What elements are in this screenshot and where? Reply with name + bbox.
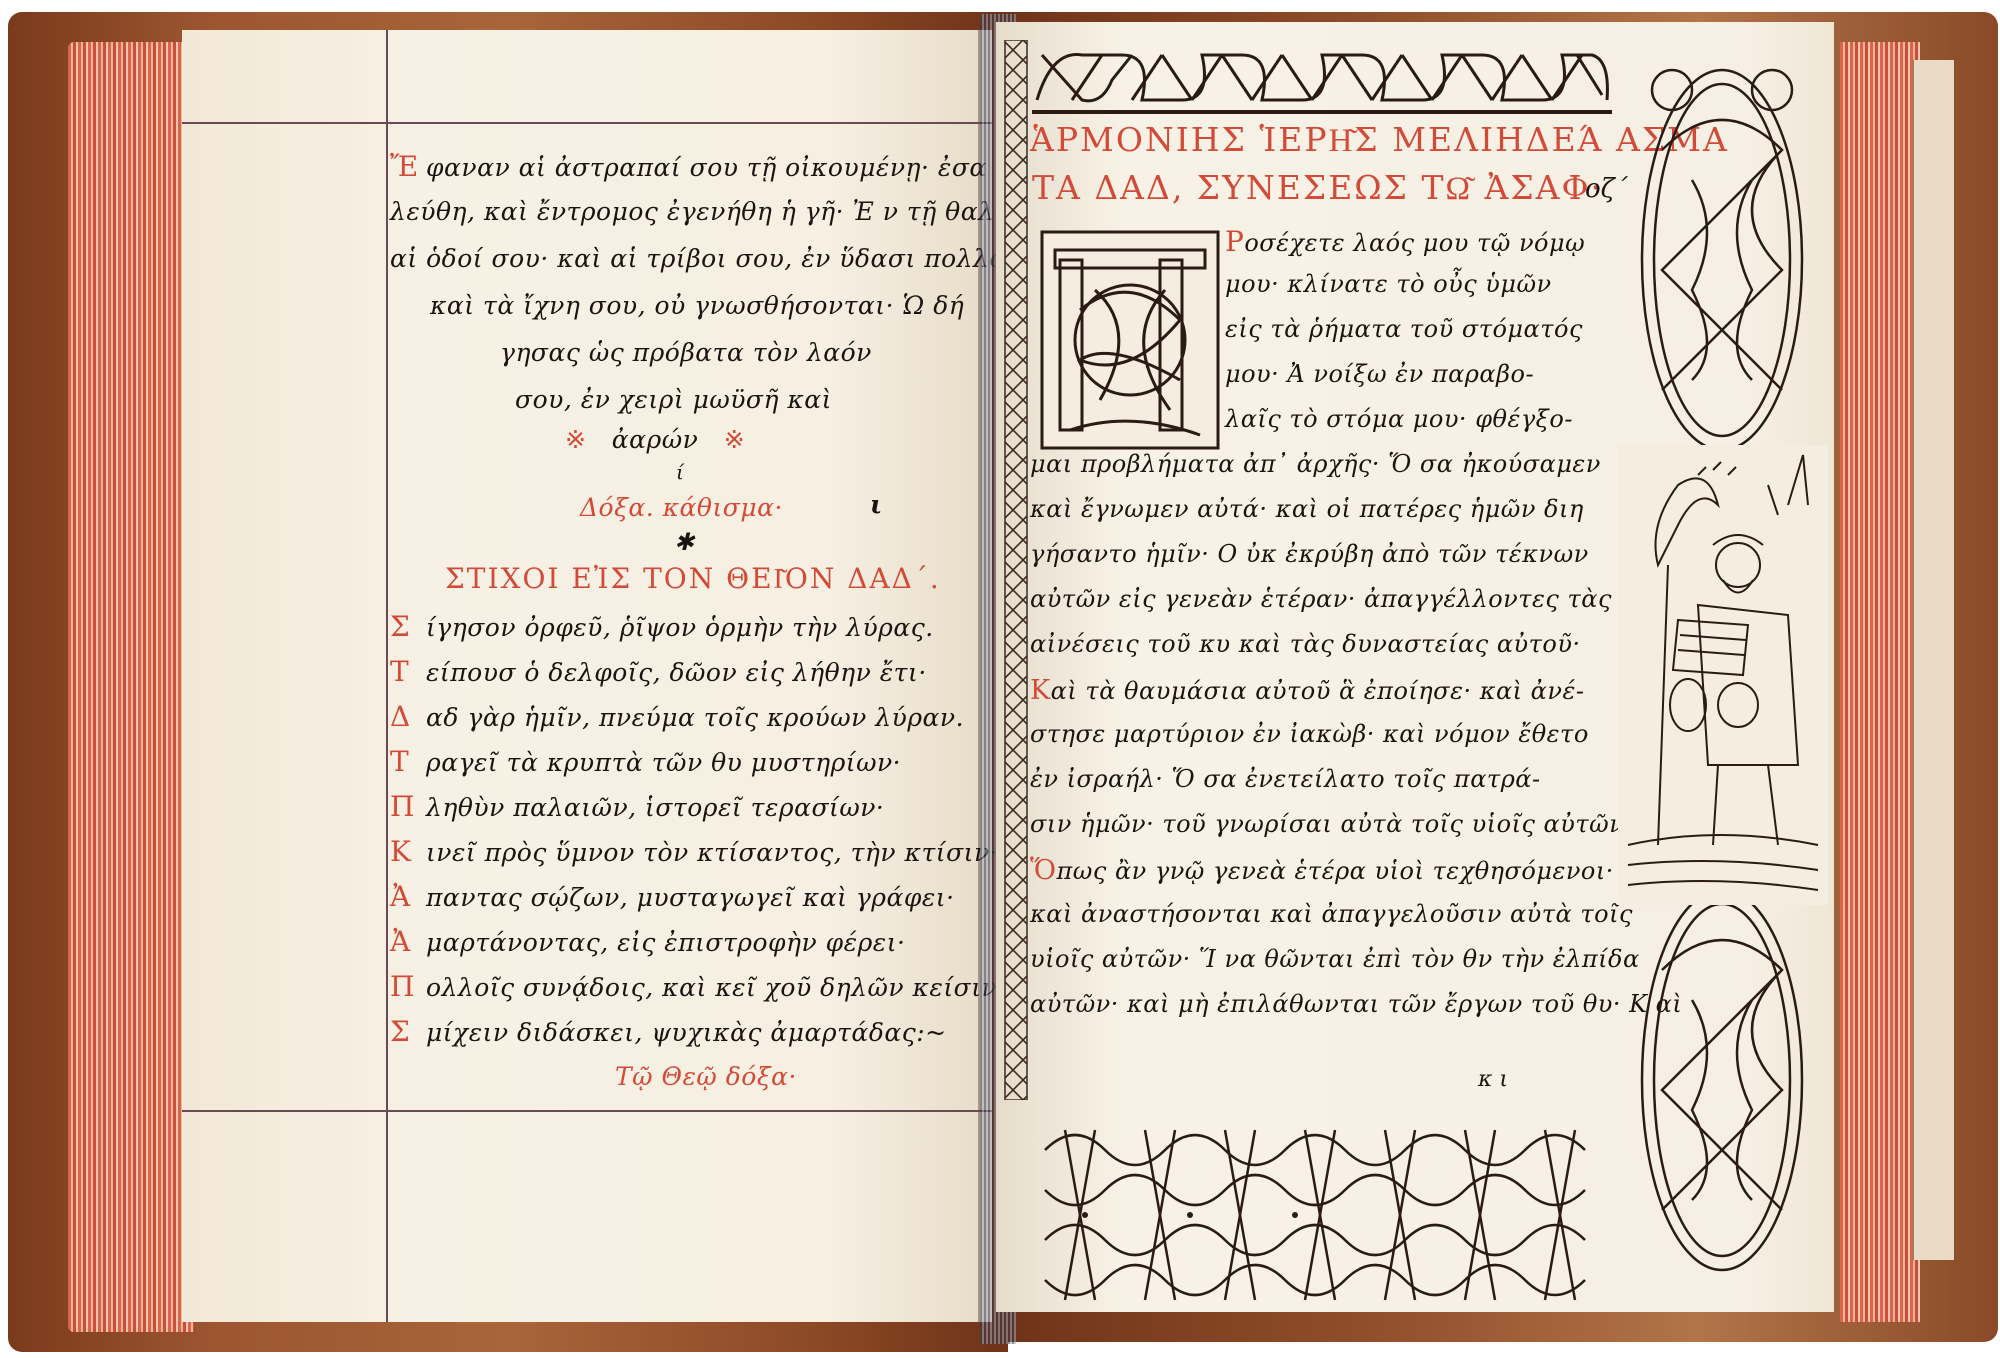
text-line: καὶ ἀναστήσονται καὶ ἀπαγγελοῦσιν αὐτὰ τ…	[1030, 900, 1633, 928]
numeral: ί	[676, 460, 684, 484]
ornament-line: ※ ἀαρών ※	[565, 425, 745, 454]
woodcut-drop-cap-pi-icon: Π	[1040, 230, 1220, 450]
closing-doxology: Τῷ Θεῷ δόξα·	[615, 1062, 797, 1091]
text-line: Καὶ τὰ θαυμάσια αὐτοῦ ἃ ἐποίησε· καὶ ἀνέ…	[1030, 675, 1584, 706]
red-page-edges-left	[68, 42, 194, 1332]
signature-mark: κ ι	[1478, 1067, 1508, 1092]
verses-heading: ΣΤΙΧΟΙ ΕἸΣ ΤΟΝ ΘΕΙ͂ΟΝ ΔΑΔ΄.	[445, 562, 941, 596]
text-line: εἰς τὰ ῥήματα τοῦ στόματός	[1225, 315, 1583, 343]
verse-line: Πληθὺν παλαιῶν, ἱστορεῖ τερασίων·	[390, 790, 884, 823]
ornament-mark-icon: ※	[565, 425, 586, 454]
ruled-line-top	[182, 122, 992, 124]
text-line: αἰνέσεις τοῦ κυ καὶ τὰς δυναστείας αὐτοῦ…	[1030, 630, 1581, 658]
asterisk-icon: ✱	[674, 528, 695, 556]
verse-line: Σμίχειν διδάσκει, ψυχικὰς ἀμαρτάδας:~	[390, 1015, 947, 1048]
margin-mark: ι	[870, 490, 883, 519]
ornament-mark-icon: ※	[724, 425, 745, 454]
text-line: Ροσέχετε λαός μου τῷ νόμῳ	[1225, 225, 1585, 258]
verse-line: Ἀπαντας σῴζων, μυσταγωγεῖ καὶ γράφει·	[390, 880, 955, 913]
text-line: γήσαντο ἡμῖν· Ο ὐκ ἐκρύβη ἀπὸ τῶν τέκνων	[1030, 540, 1589, 568]
endpaper-right	[1912, 60, 1954, 1260]
text-line: Ἔφαναν αἱ ἀστραπαί σου τῇ οἰκουμένῃ· ἐσα	[390, 150, 987, 183]
red-page-edges-right	[1840, 42, 1920, 1322]
verse-line: Κινεῖ πρὸς ὕμνον τὸν κτίσαντος, τὴν κτίσ…	[390, 835, 998, 868]
interlace-footer-border-icon	[1035, 1110, 1615, 1320]
text-line: μου· Ἀ νοίξω ἐν παραβο-	[1225, 360, 1534, 388]
text-line: υἱοῖς αὐτῶν· Ἵ να θῶνται ἐπὶ τὸν θν τὴν …	[1030, 945, 1640, 973]
text-line: σιν ἡμῶν· τοῦ γνωρίσαι αὐτὰ τοῖς υἱοῖς α…	[1030, 810, 1632, 838]
verse-line: Δαδ γὰρ ἡμῖν, πνεύμα τοῖς κρούων λύραν.	[390, 700, 964, 733]
text-line: καὶ ἔγνωμεν αὐτά· καὶ οἱ πατέρες ἡμῶν δι…	[1030, 495, 1584, 523]
text-line: καὶ τὰ ἴχνη σου, οὐ γνωσθήσονται· Ὡ δή	[430, 291, 964, 320]
woodcut-psalmist-figure-icon: woodcut of bearded psalmist with psalter…	[1618, 445, 1828, 905]
ruled-line-margin	[386, 30, 388, 1322]
text-line: σου, ἐν χειρὶ μωϋσῆ καὶ	[515, 385, 832, 414]
text-line: ἐν ἰσραήλ· Ὅ σα ἐνετείλατο τοῖς πατρά-	[1030, 765, 1541, 793]
verse-line: Ἀμαρτάνοντας, εἰς ἐπιστροφὴν φέρει·	[390, 925, 905, 958]
text-line: αὐτῶν· καὶ μὴ ἐπιλάθωνται τῶν ἔργων τοῦ …	[1030, 990, 1682, 1018]
ruled-line-bottom	[182, 1110, 992, 1112]
verse-line: Σίγησον ὀρφεῦ, ῥῖψον ὁρμὴν τὴν λύρας.	[390, 610, 934, 643]
text-line: αὐτῶν εἰς γενεὰν ἑτέραν· ἀπαγγέλλοντες τ…	[1030, 585, 1612, 613]
verse-line: Τραγεῖ τὰ κρυπτὰ τῶν θυ μυστηρίων·	[390, 745, 901, 778]
verse-line: Πολλοῖς συνᾴδοις, καὶ κεῖ χοῦ δηλῶν κείσ…	[390, 970, 1006, 1003]
text-line: Ὅπως ἂν γνῷ γενεὰ ἑτέρα υἱοὶ τεχθησόμενο…	[1030, 855, 1614, 886]
text-line: λεύθη, καὶ ἔντρομος ἐγενήθη ἡ γῆ· Ἐ ν τῇ…	[390, 197, 1062, 226]
text-line: μαι προβλήματα ἀπ᾽ ἀρχῆς· Ὅ σα ἠκούσαμεν	[1030, 450, 1601, 478]
interlace-header-border-icon	[1032, 40, 1612, 118]
text-line: μου· κλίνατε τὸ οὖς ὑμῶν	[1225, 270, 1552, 298]
text-line: αἱ ὁδοί σου· καὶ αἱ τρίβοι σου, ἐν ὕδασι…	[390, 244, 1038, 273]
doxa-kathisma: Δόξα. κάθισμα·	[580, 493, 783, 522]
text-line: στησε μαρτύριον ἐν ἰακὼβ· καὶ νόμον ἔθετ…	[1030, 720, 1589, 748]
gutter-lattice-border-icon	[1003, 40, 1029, 1100]
text-line: γησας ὡς πρόβατα τὸν λαόν	[500, 338, 872, 367]
psalm-heading-line-2: ΤΑ ΔΑΔ, ΣΥΝΕΣΕΩΣ ΤΩ͂ ἈΣΑΦ·	[1032, 168, 1603, 208]
text-line: λαῖς τὸ στόμα μου· φθέγξο-	[1225, 405, 1573, 433]
verse-line: Τείπουσ ὁ δελφοῖς, δῶον εἰς λήθην ἔτι·	[390, 655, 927, 688]
